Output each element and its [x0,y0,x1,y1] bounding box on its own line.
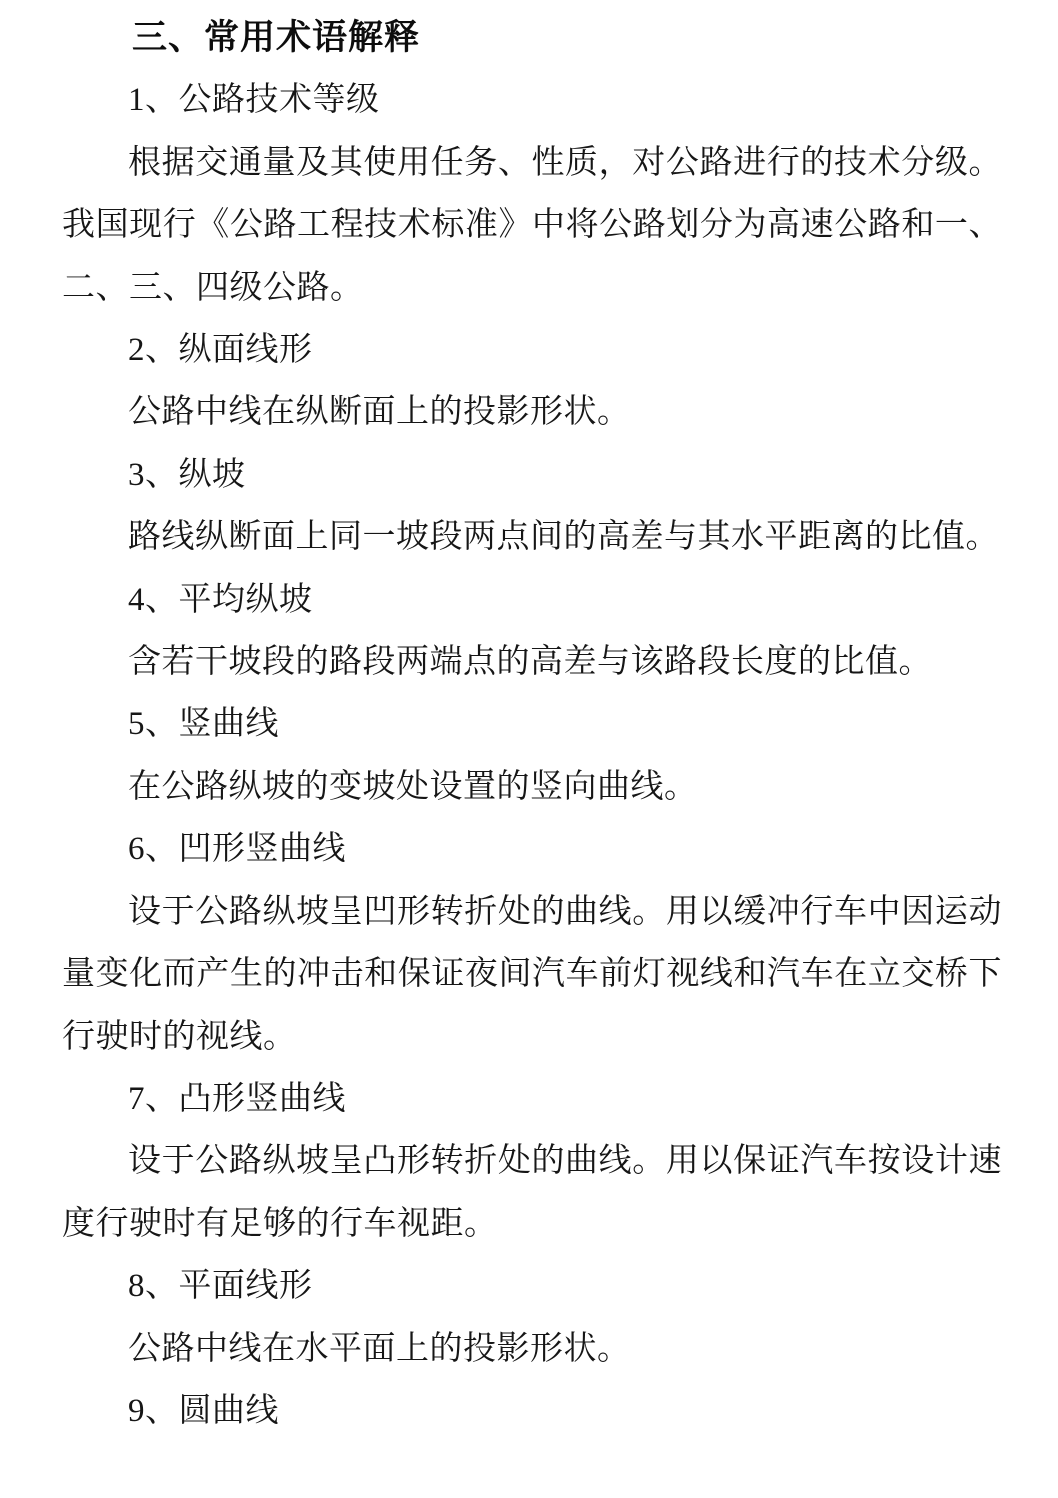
definition-paragraph: 公路中线在纵断面上的投影形状。 [62,381,1002,443]
definition-paragraph: 设于公路纵坡呈凹形转折处的曲线。用以缓冲行车中因运动量变化而产生的冲击和保证夜间… [62,881,1002,1068]
term-line: 1、公路技术等级 [62,69,1002,131]
section-heading: 三、常用术语解释 [62,7,1002,69]
term-line: 5、竖曲线 [62,693,1002,755]
term-line: 6、凹形竖曲线 [62,818,1002,880]
definition-paragraph: 路线纵断面上同一坡段两点间的高差与其水平距离的比值。 [62,506,1002,568]
term-line: 3、纵坡 [62,444,1002,506]
definition-paragraph: 公路中线在水平面上的投影形状。 [62,1318,1002,1380]
term-line: 7、凸形竖曲线 [62,1068,1002,1130]
definition-paragraph: 设于公路纵坡呈凸形转折处的曲线。用以保证汽车按设计速度行驶时有足够的行车视距。 [62,1130,1002,1255]
document-content: 三、常用术语解释1、公路技术等级根据交通量及其使用任务、性质，对公路进行的技术分… [62,7,1002,1442]
definition-paragraph: 在公路纵坡的变坡处设置的竖向曲线。 [62,756,1002,818]
definition-paragraph: 根据交通量及其使用任务、性质，对公路进行的技术分级。我国现行《公路工程技术标准》… [62,132,1002,319]
term-line: 2、纵面线形 [62,319,1002,381]
document-page: 三、常用术语解释1、公路技术等级根据交通量及其使用任务、性质，对公路进行的技术分… [0,0,1058,1498]
term-line: 8、平面线形 [62,1255,1002,1317]
term-line: 4、平均纵坡 [62,569,1002,631]
term-line: 9、圆曲线 [62,1380,1002,1442]
definition-paragraph: 含若干坡段的路段两端点的高差与该路段长度的比值。 [62,631,1002,693]
